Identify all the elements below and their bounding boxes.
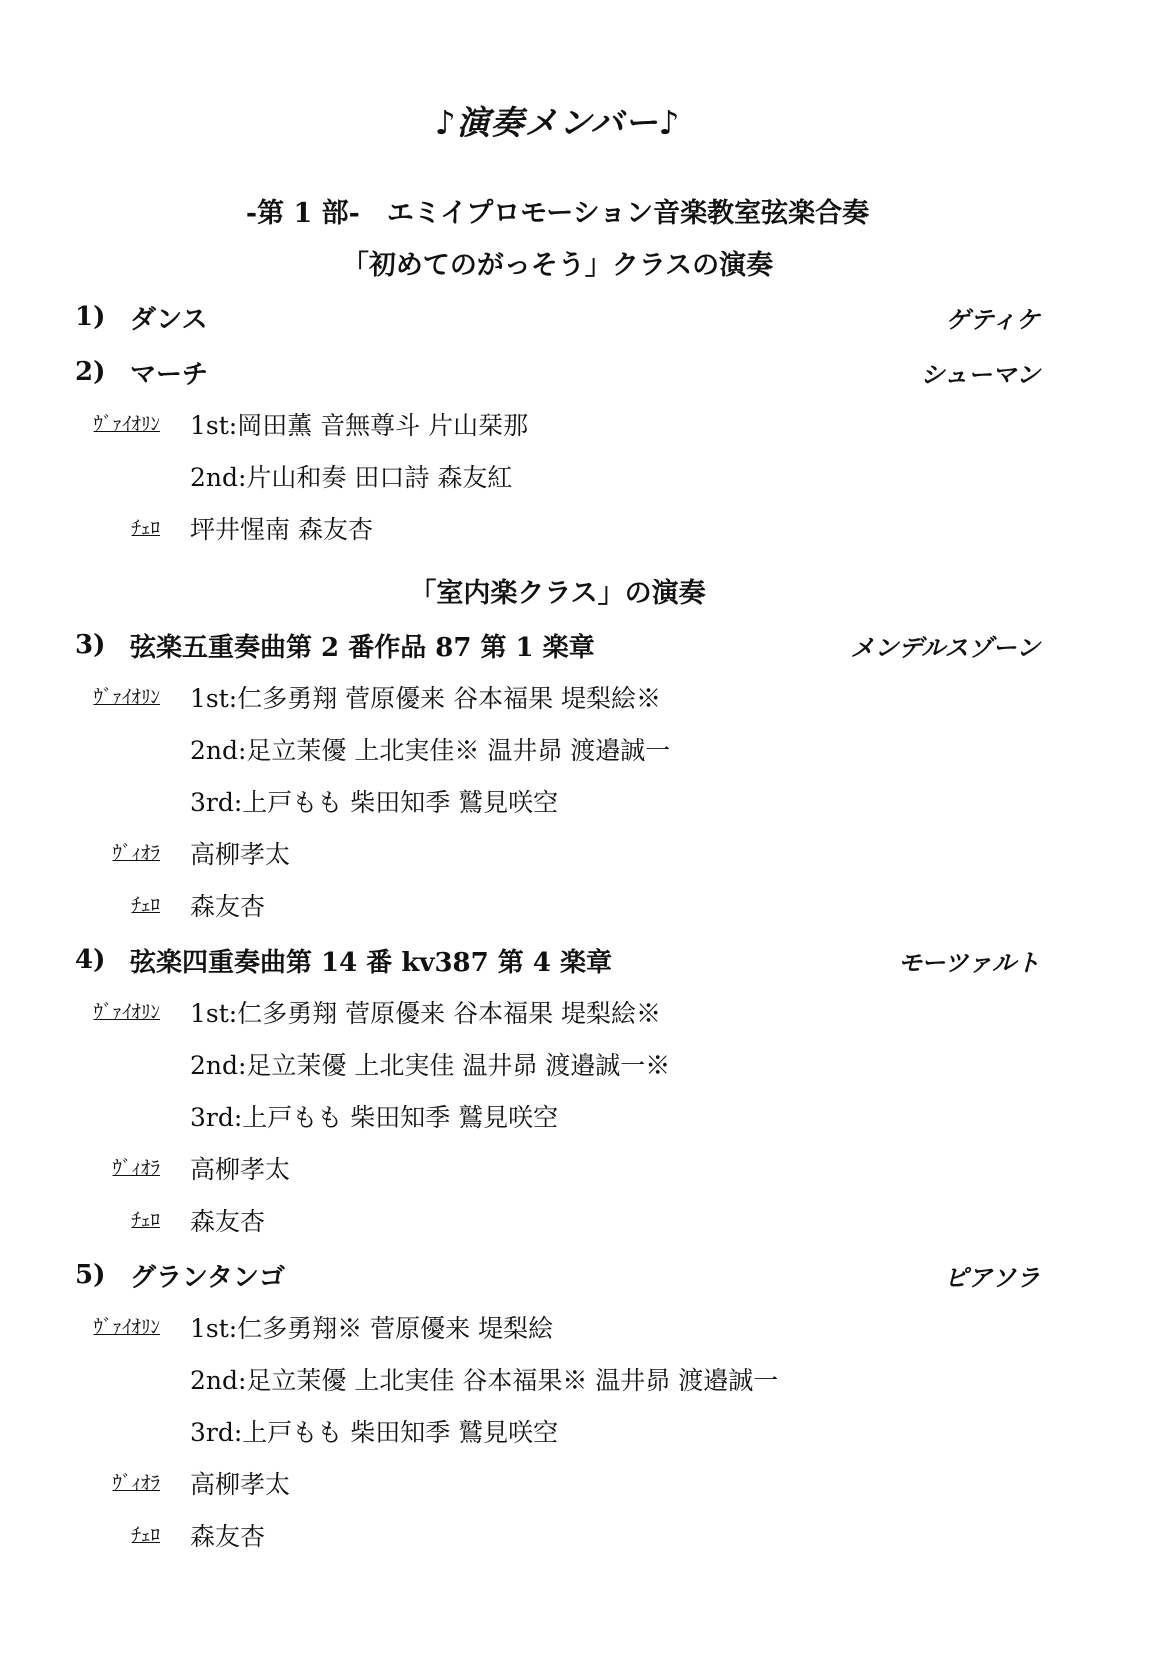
page-title: ♪演奏メンバー♪ — [75, 94, 1040, 146]
program-content: ♪演奏メンバー♪ -第 1 部- エミイプロモーション音楽教室弦楽合奏 「初めて… — [75, 94, 1040, 1561]
instrument-label: ｳﾞｧｲｵﾘﾝ — [75, 1003, 160, 1022]
instrument-label: ｳﾞｨｵﾗ — [75, 844, 160, 863]
performer-row: ｳﾞｨｵﾗ高柳孝太 — [75, 827, 1040, 879]
performer-names: 2nd:足立茉優 上北実佳※ 温井昴 渡邉誠一 — [190, 731, 670, 767]
performer-names: 1st:仁多勇翔※ 菅原優来 堤梨絵 — [190, 1309, 553, 1345]
piece-title: 弦楽五重奏曲第 2 番作品 87 第 1 楽章 — [130, 627, 595, 664]
piece-title: 弦楽四重奏曲第 14 番 kv387 第 4 楽章 — [130, 942, 612, 979]
composer-name: シューマン — [920, 355, 1040, 390]
program-page: ♪演奏メンバー♪ -第 1 部- エミイプロモーション音楽教室弦楽合奏 「初めて… — [0, 0, 1170, 1654]
performer-names: 2nd:足立茉優 上北実佳 谷本福果※ 温井昴 渡邉誠一 — [190, 1361, 778, 1397]
piece-header: 1)ダンスゲティケ — [75, 291, 1040, 343]
performer-row: ﾁｪﾛ森友杏 — [75, 879, 1040, 931]
composer-name: モーツァルト — [898, 943, 1040, 978]
performer-names: 1st:岡田薫 音無尊斗 片山栞那 — [190, 406, 528, 442]
piece-header: 5)グランタンゴピアソラ — [75, 1249, 1040, 1301]
performer-row: 2nd:片山和奏 田口詩 森友紅 — [75, 450, 1040, 502]
composer-name: ゲティケ — [946, 300, 1040, 335]
performer-row: ｳﾞｧｲｵﾘﾝ1st:仁多勇翔 菅原優来 谷本福果 堤梨絵※ — [75, 671, 1040, 723]
instrument-label: ｳﾞｨｵﾗ — [75, 1474, 160, 1493]
section-heading: 「初めてのがっそう」クラスの演奏 — [75, 236, 1040, 288]
performer-row: 3rd:上戸もも 柴田知季 鷲見咲空 — [75, 1090, 1040, 1142]
composer-name: メンデルスゾーン — [850, 628, 1040, 663]
performer-row: ｳﾞｨｵﾗ高柳孝太 — [75, 1142, 1040, 1194]
piece-number: 3) — [75, 630, 130, 660]
piece-header: 3)弦楽五重奏曲第 2 番作品 87 第 1 楽章メンデルスゾーン — [75, 619, 1040, 671]
piece-title: グランタンゴ — [130, 1257, 285, 1294]
instrument-label: ﾁｪﾛ — [75, 896, 160, 915]
performer-names: 3rd:上戸もも 柴田知季 鷲見咲空 — [190, 1098, 558, 1134]
performer-names: 1st:仁多勇翔 菅原優来 谷本福果 堤梨絵※ — [190, 994, 661, 1030]
instrument-label: ﾁｪﾛ — [75, 519, 160, 538]
part-heading: -第 1 部- エミイプロモーション音楽教室弦楽合奏 — [75, 184, 1040, 236]
performer-row: ﾁｪﾛ坪井惺南 森友杏 — [75, 502, 1040, 554]
performer-names: 高柳孝太 — [190, 1465, 290, 1501]
performer-names: 坪井惺南 森友杏 — [190, 510, 373, 546]
piece-header: 2)マーチシューマン — [75, 346, 1040, 398]
performer-row: ｳﾞｨｵﾗ高柳孝太 — [75, 1457, 1040, 1509]
performer-row: 2nd:足立茉優 上北実佳※ 温井昴 渡邉誠一 — [75, 723, 1040, 775]
instrument-label: ｳﾞｧｲｵﾘﾝ — [75, 1318, 160, 1337]
piece-title: マーチ — [130, 354, 208, 391]
piece-number: 4) — [75, 945, 130, 975]
performer-row: 2nd:足立茉優 上北実佳 谷本福果※ 温井昴 渡邉誠一 — [75, 1353, 1040, 1405]
piece-header: 4)弦楽四重奏曲第 14 番 kv387 第 4 楽章モーツァルト — [75, 934, 1040, 986]
performer-row: ﾁｪﾛ森友杏 — [75, 1194, 1040, 1246]
instrument-label: ｳﾞｧｲｵﾘﾝ — [75, 415, 160, 434]
performer-names: 森友杏 — [190, 887, 265, 923]
instrument-label: ﾁｪﾛ — [75, 1211, 160, 1230]
performer-row: 3rd:上戸もも 柴田知季 鷲見咲空 — [75, 775, 1040, 827]
instrument-label: ｳﾞｧｲｵﾘﾝ — [75, 688, 160, 707]
performer-names: 3rd:上戸もも 柴田知季 鷲見咲空 — [190, 1413, 558, 1449]
piece-number: 1) — [75, 302, 130, 332]
piece-title: ダンス — [130, 299, 207, 336]
instrument-label: ｳﾞｨｵﾗ — [75, 1159, 160, 1178]
performer-names: 森友杏 — [190, 1202, 265, 1238]
program-body: 「初めてのがっそう」クラスの演奏1)ダンスゲティケ2)マーチシューマンｳﾞｧｲｵ… — [75, 236, 1040, 1561]
performer-names: 1st:仁多勇翔 菅原優来 谷本福果 堤梨絵※ — [190, 679, 661, 715]
performer-row: ﾁｪﾛ森友杏 — [75, 1509, 1040, 1561]
piece-number: 2) — [75, 357, 130, 387]
performer-names: 森友杏 — [190, 1517, 265, 1553]
performer-row: ｳﾞｧｲｵﾘﾝ1st:仁多勇翔※ 菅原優来 堤梨絵 — [75, 1301, 1040, 1353]
piece-number: 5) — [75, 1260, 130, 1290]
performer-row: ｳﾞｧｲｵﾘﾝ1st:仁多勇翔 菅原優来 谷本福果 堤梨絵※ — [75, 986, 1040, 1038]
performer-names: 高柳孝太 — [190, 1150, 290, 1186]
instrument-label: ﾁｪﾛ — [75, 1526, 160, 1545]
performer-row: ｳﾞｧｲｵﾘﾝ1st:岡田薫 音無尊斗 片山栞那 — [75, 398, 1040, 450]
section-heading: 「室内楽クラス」の演奏 — [75, 564, 1040, 616]
performer-names: 2nd:足立茉優 上北実佳 温井昴 渡邉誠一※ — [190, 1046, 670, 1082]
performer-row: 2nd:足立茉優 上北実佳 温井昴 渡邉誠一※ — [75, 1038, 1040, 1090]
performer-names: 3rd:上戸もも 柴田知季 鷲見咲空 — [190, 783, 558, 819]
performer-row: 3rd:上戸もも 柴田知季 鷲見咲空 — [75, 1405, 1040, 1457]
performer-names: 高柳孝太 — [190, 835, 290, 871]
performer-names: 2nd:片山和奏 田口詩 森友紅 — [190, 458, 512, 494]
composer-name: ピアソラ — [944, 1258, 1040, 1293]
